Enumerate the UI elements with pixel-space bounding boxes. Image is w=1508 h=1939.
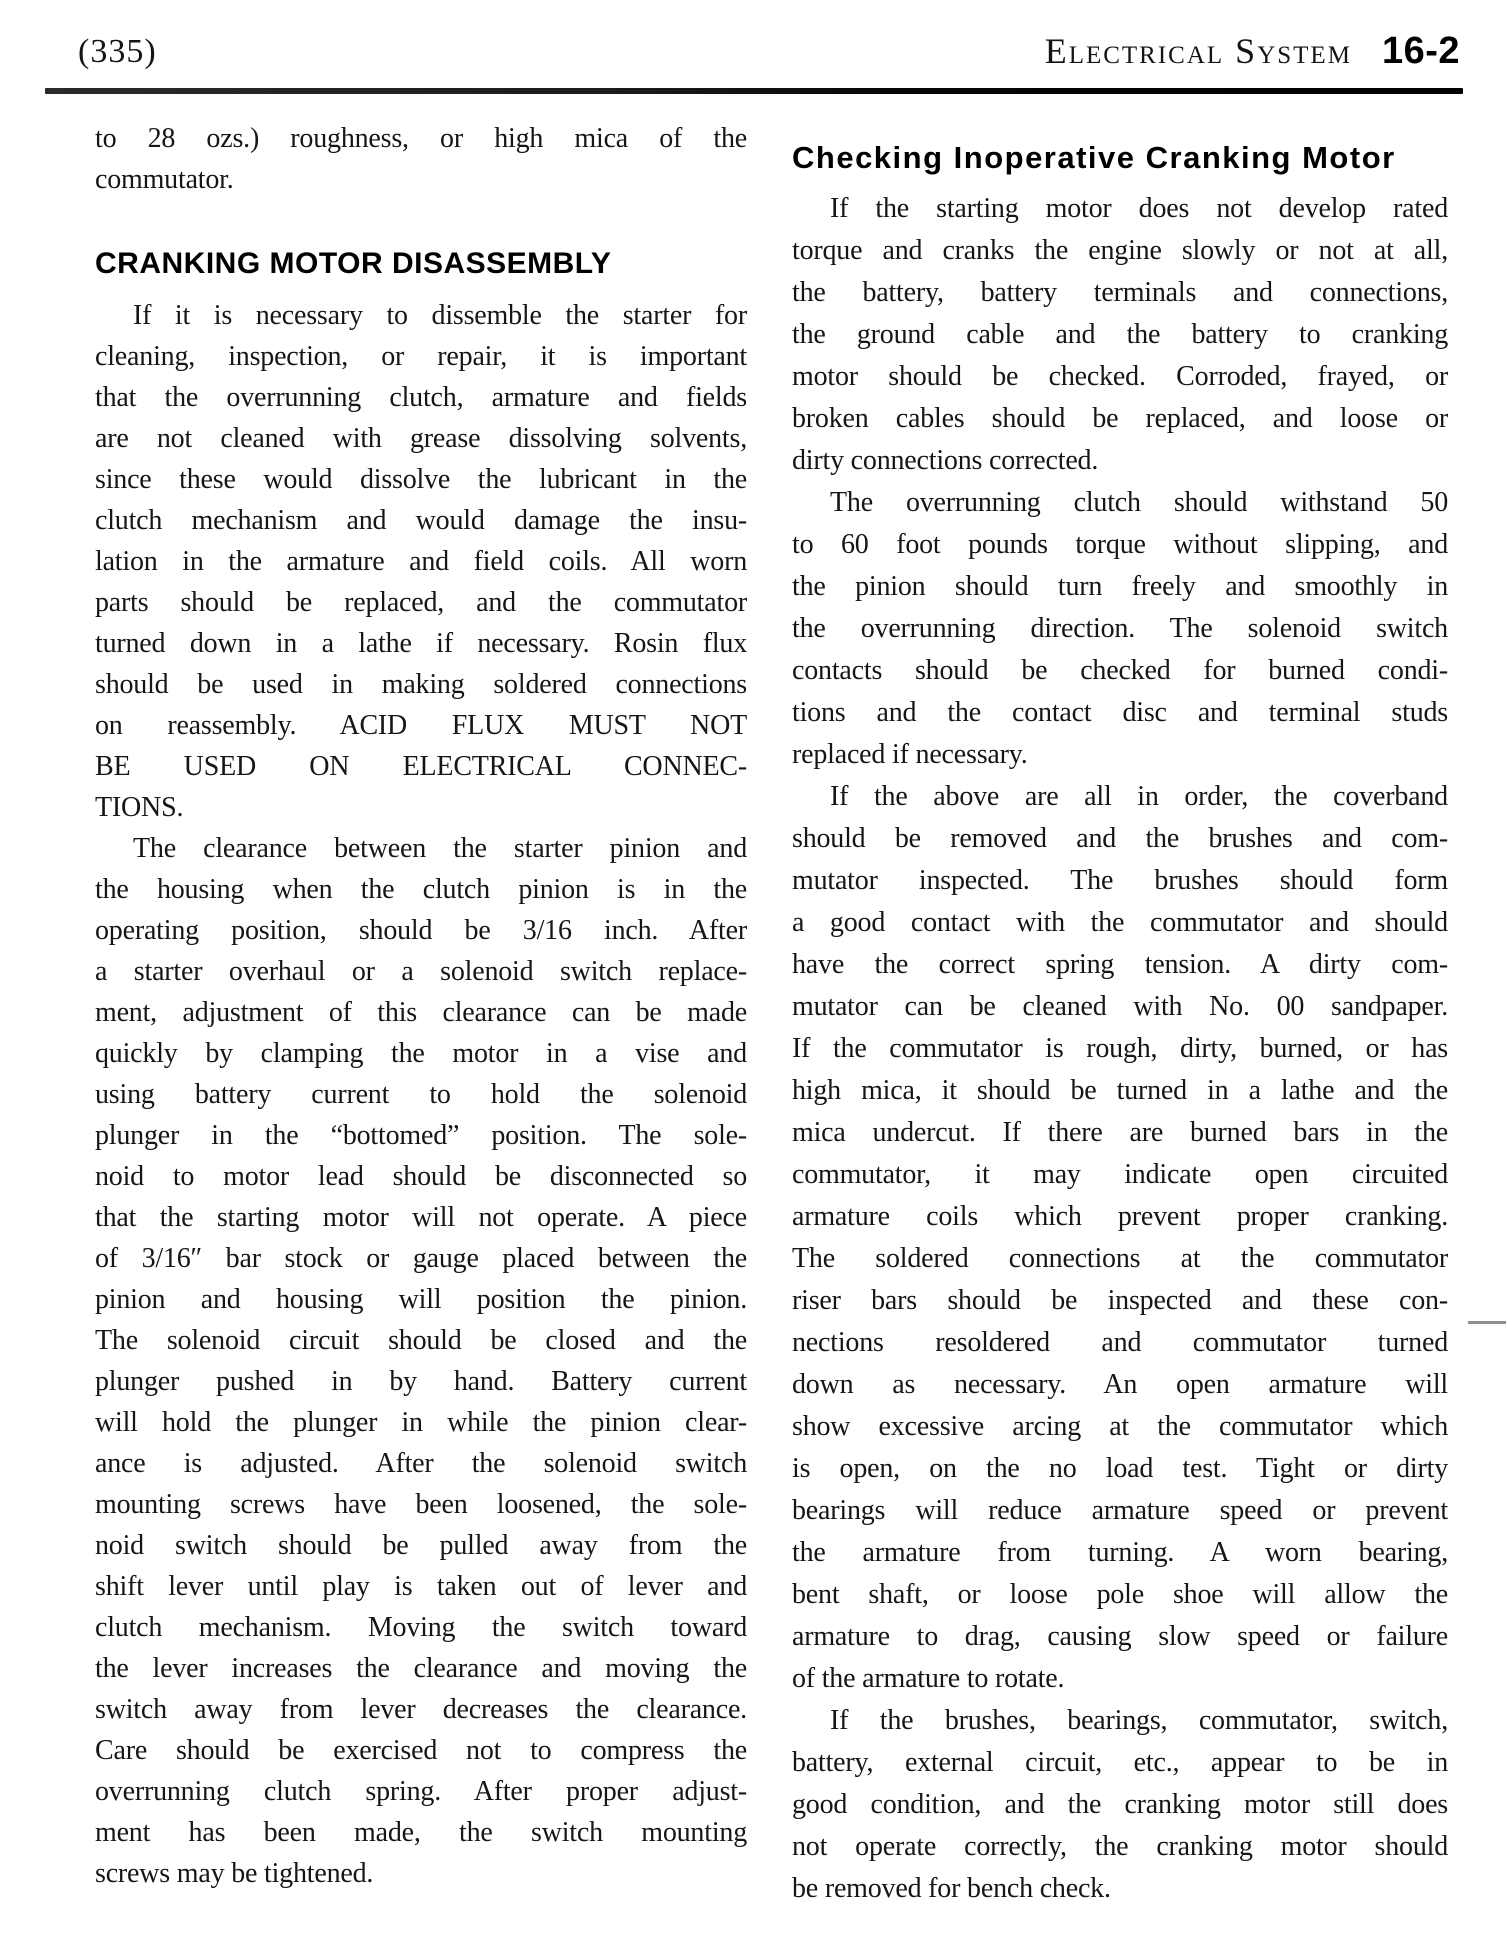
text-line: tions and the contact disc and terminal … (792, 692, 1448, 734)
text-line: mica undercut. If there are burned bars … (792, 1112, 1448, 1154)
text-line: broken cables should be replaced, and lo… (792, 398, 1448, 440)
text-line: Care should be exercised not to compress… (95, 1730, 747, 1771)
text-line: the lever increases the clearance and mo… (95, 1648, 747, 1689)
text-line: should be used in making soldered connec… (95, 664, 747, 705)
text-line: dirty connections corrected. (792, 440, 1448, 482)
text-line: clutch mechanism. Moving the switch towa… (95, 1607, 747, 1648)
text-line: show excessive arcing at the commutator … (792, 1406, 1448, 1448)
text-line: quickly by clamping the motor in a vise … (95, 1033, 747, 1074)
text-line: torque and cranks the engine slowly or n… (792, 230, 1448, 272)
paragraph: If the starting motor does not develop r… (792, 188, 1448, 482)
text-line: contacts should be checked for burned co… (792, 650, 1448, 692)
text-line: If the commutator is rough, dirty, burne… (792, 1028, 1448, 1070)
text-line: operating position, should be 3/16 inch.… (95, 910, 747, 951)
text-line: noid to motor lead should be disconnecte… (95, 1156, 747, 1197)
text-line: nections resoldered and commutator turne… (792, 1322, 1448, 1364)
text-line: shift lever until play is taken out of l… (95, 1566, 747, 1607)
scan-artifact-dash (1468, 1321, 1506, 1324)
text-line: armature to drag, causing slow speed or … (792, 1616, 1448, 1658)
text-line: will hold the plunger in while the pinio… (95, 1402, 747, 1443)
text-line: to 60 foot pounds torque without slippin… (792, 524, 1448, 566)
paragraph: If the above are all in order, the cover… (792, 776, 1448, 1700)
text-line: motor should be checked. Corroded, fraye… (792, 356, 1448, 398)
text-line: on reassembly. ACID FLUX MUST NOT (95, 705, 747, 746)
text-line: armature coils which prevent proper cran… (792, 1196, 1448, 1238)
text-line: the housing when the clutch pinion is in… (95, 869, 747, 910)
text-line: The solenoid circuit should be closed an… (95, 1320, 747, 1361)
text-line: a starter overhaul or a solenoid switch … (95, 951, 747, 992)
text-line: be removed for bench check. (792, 1868, 1448, 1910)
text-line: If the brushes, bearings, commutator, sw… (792, 1700, 1448, 1742)
text-line: turned down in a lathe if necessary. Ros… (95, 623, 747, 664)
text-line: the battery, battery terminals and conne… (792, 272, 1448, 314)
text-line: is open, on the no load test. Tight or d… (792, 1448, 1448, 1490)
text-line: down as necessary. An open armature will (792, 1364, 1448, 1406)
text-line: should be removed and the brushes and co… (792, 818, 1448, 860)
text-line: mutator can be cleaned with No. 00 sandp… (792, 986, 1448, 1028)
text-line: bent shaft, or loose pole shoe will allo… (792, 1574, 1448, 1616)
text-line: replaced if necessary. (792, 734, 1448, 776)
left-column: to 28 ozs.) roughness, or high mica of t… (95, 0, 747, 1894)
text-line: ment has been made, the switch mounting (95, 1812, 747, 1853)
paragraph: The overrunning clutch should withstand … (792, 482, 1448, 776)
text-line: battery, external circuit, etc., appear … (792, 1742, 1448, 1784)
text-line: overrunning clutch spring. After proper … (95, 1771, 747, 1812)
text-line: clutch mechanism and would damage the in… (95, 500, 747, 541)
text-line: mounting screws have been loosened, the … (95, 1484, 747, 1525)
text-line: ment, adjustment of this clearance can b… (95, 992, 747, 1033)
text-line: the pinion should turn freely and smooth… (792, 566, 1448, 608)
text-line: have the correct spring tension. A dirty… (792, 944, 1448, 986)
text-line: noid switch should be pulled away from t… (95, 1525, 747, 1566)
text-line: the ground cable and the battery to cran… (792, 314, 1448, 356)
text-line: not operate correctly, the cranking moto… (792, 1826, 1448, 1868)
text-line: of 3/16″ bar stock or gauge placed betwe… (95, 1238, 747, 1279)
heading-checking-inoperative-cranking-motor: Checking Inoperative Cranking Motor (792, 140, 1448, 176)
text-line: pinion and housing will position the pin… (95, 1279, 747, 1320)
text-line: since these would dissolve the lubricant… (95, 459, 747, 500)
right-column: Checking Inoperative Cranking Motor If t… (792, 0, 1448, 1910)
text-line: using battery current to hold the soleno… (95, 1074, 747, 1115)
text-line: good condition, and the cranking motor s… (792, 1784, 1448, 1826)
text-line: a good contact with the commutator and s… (792, 902, 1448, 944)
text-line: bearings will reduce armature speed or p… (792, 1490, 1448, 1532)
text-line: The overrunning clutch should withstand … (792, 482, 1448, 524)
paragraph: If the brushes, bearings, commutator, sw… (792, 1700, 1448, 1910)
text-line: that the overrunning clutch, armature an… (95, 377, 747, 418)
text-line: TIONS. (95, 787, 747, 828)
text-line: the armature from turning. A worn bearin… (792, 1532, 1448, 1574)
text-line: screws may be tightened. (95, 1853, 747, 1894)
text-line: plunger pushed in by hand. Battery curre… (95, 1361, 747, 1402)
text-line: cleaning, inspection, or repair, it is i… (95, 336, 747, 377)
paragraph: The clearance between the starter pinion… (95, 828, 747, 1894)
text-line: The soldered connections at the commutat… (792, 1238, 1448, 1280)
text-line: the overrunning direction. The solenoid … (792, 608, 1448, 650)
text-line: commutator, it may indicate open circuit… (792, 1154, 1448, 1196)
text-line: high mica, it should be turned in a lath… (792, 1070, 1448, 1112)
text-line: switch away from lever decreases the cle… (95, 1689, 747, 1730)
paragraph: If it is necessary to dissemble the star… (95, 295, 747, 828)
heading-cranking-motor-disassembly: CRANKING MOTOR DISASSEMBLY (95, 247, 747, 281)
text-line: The clearance between the starter pinion… (95, 828, 747, 869)
text-line: If it is necessary to dissemble the star… (95, 295, 747, 336)
manual-page: (335) Electrical System 16-2 to 28 ozs.)… (0, 0, 1508, 1939)
continuation-paragraph: to 28 ozs.) roughness, or high mica of t… (95, 118, 747, 200)
text-line: BE USED ON ELECTRICAL CONNEC- (95, 746, 747, 787)
text-line: ance is adjusted. After the solenoid swi… (95, 1443, 747, 1484)
text-line: mutator inspected. The brushes should fo… (792, 860, 1448, 902)
text-line: of the armature to rotate. (792, 1658, 1448, 1700)
text-line: If the above are all in order, the cover… (792, 776, 1448, 818)
text-line: lation in the armature and field coils. … (95, 541, 747, 582)
text-line: If the starting motor does not develop r… (792, 188, 1448, 230)
text-line: commutator. (95, 159, 747, 200)
text-line: plunger in the “bottomed” position. The … (95, 1115, 747, 1156)
text-line: to 28 ozs.) roughness, or high mica of t… (95, 118, 747, 159)
text-line: riser bars should be inspected and these… (792, 1280, 1448, 1322)
text-line: are not cleaned with grease dissolving s… (95, 418, 747, 459)
text-line: parts should be replaced, and the commut… (95, 582, 747, 623)
text-line: that the starting motor will not operate… (95, 1197, 747, 1238)
